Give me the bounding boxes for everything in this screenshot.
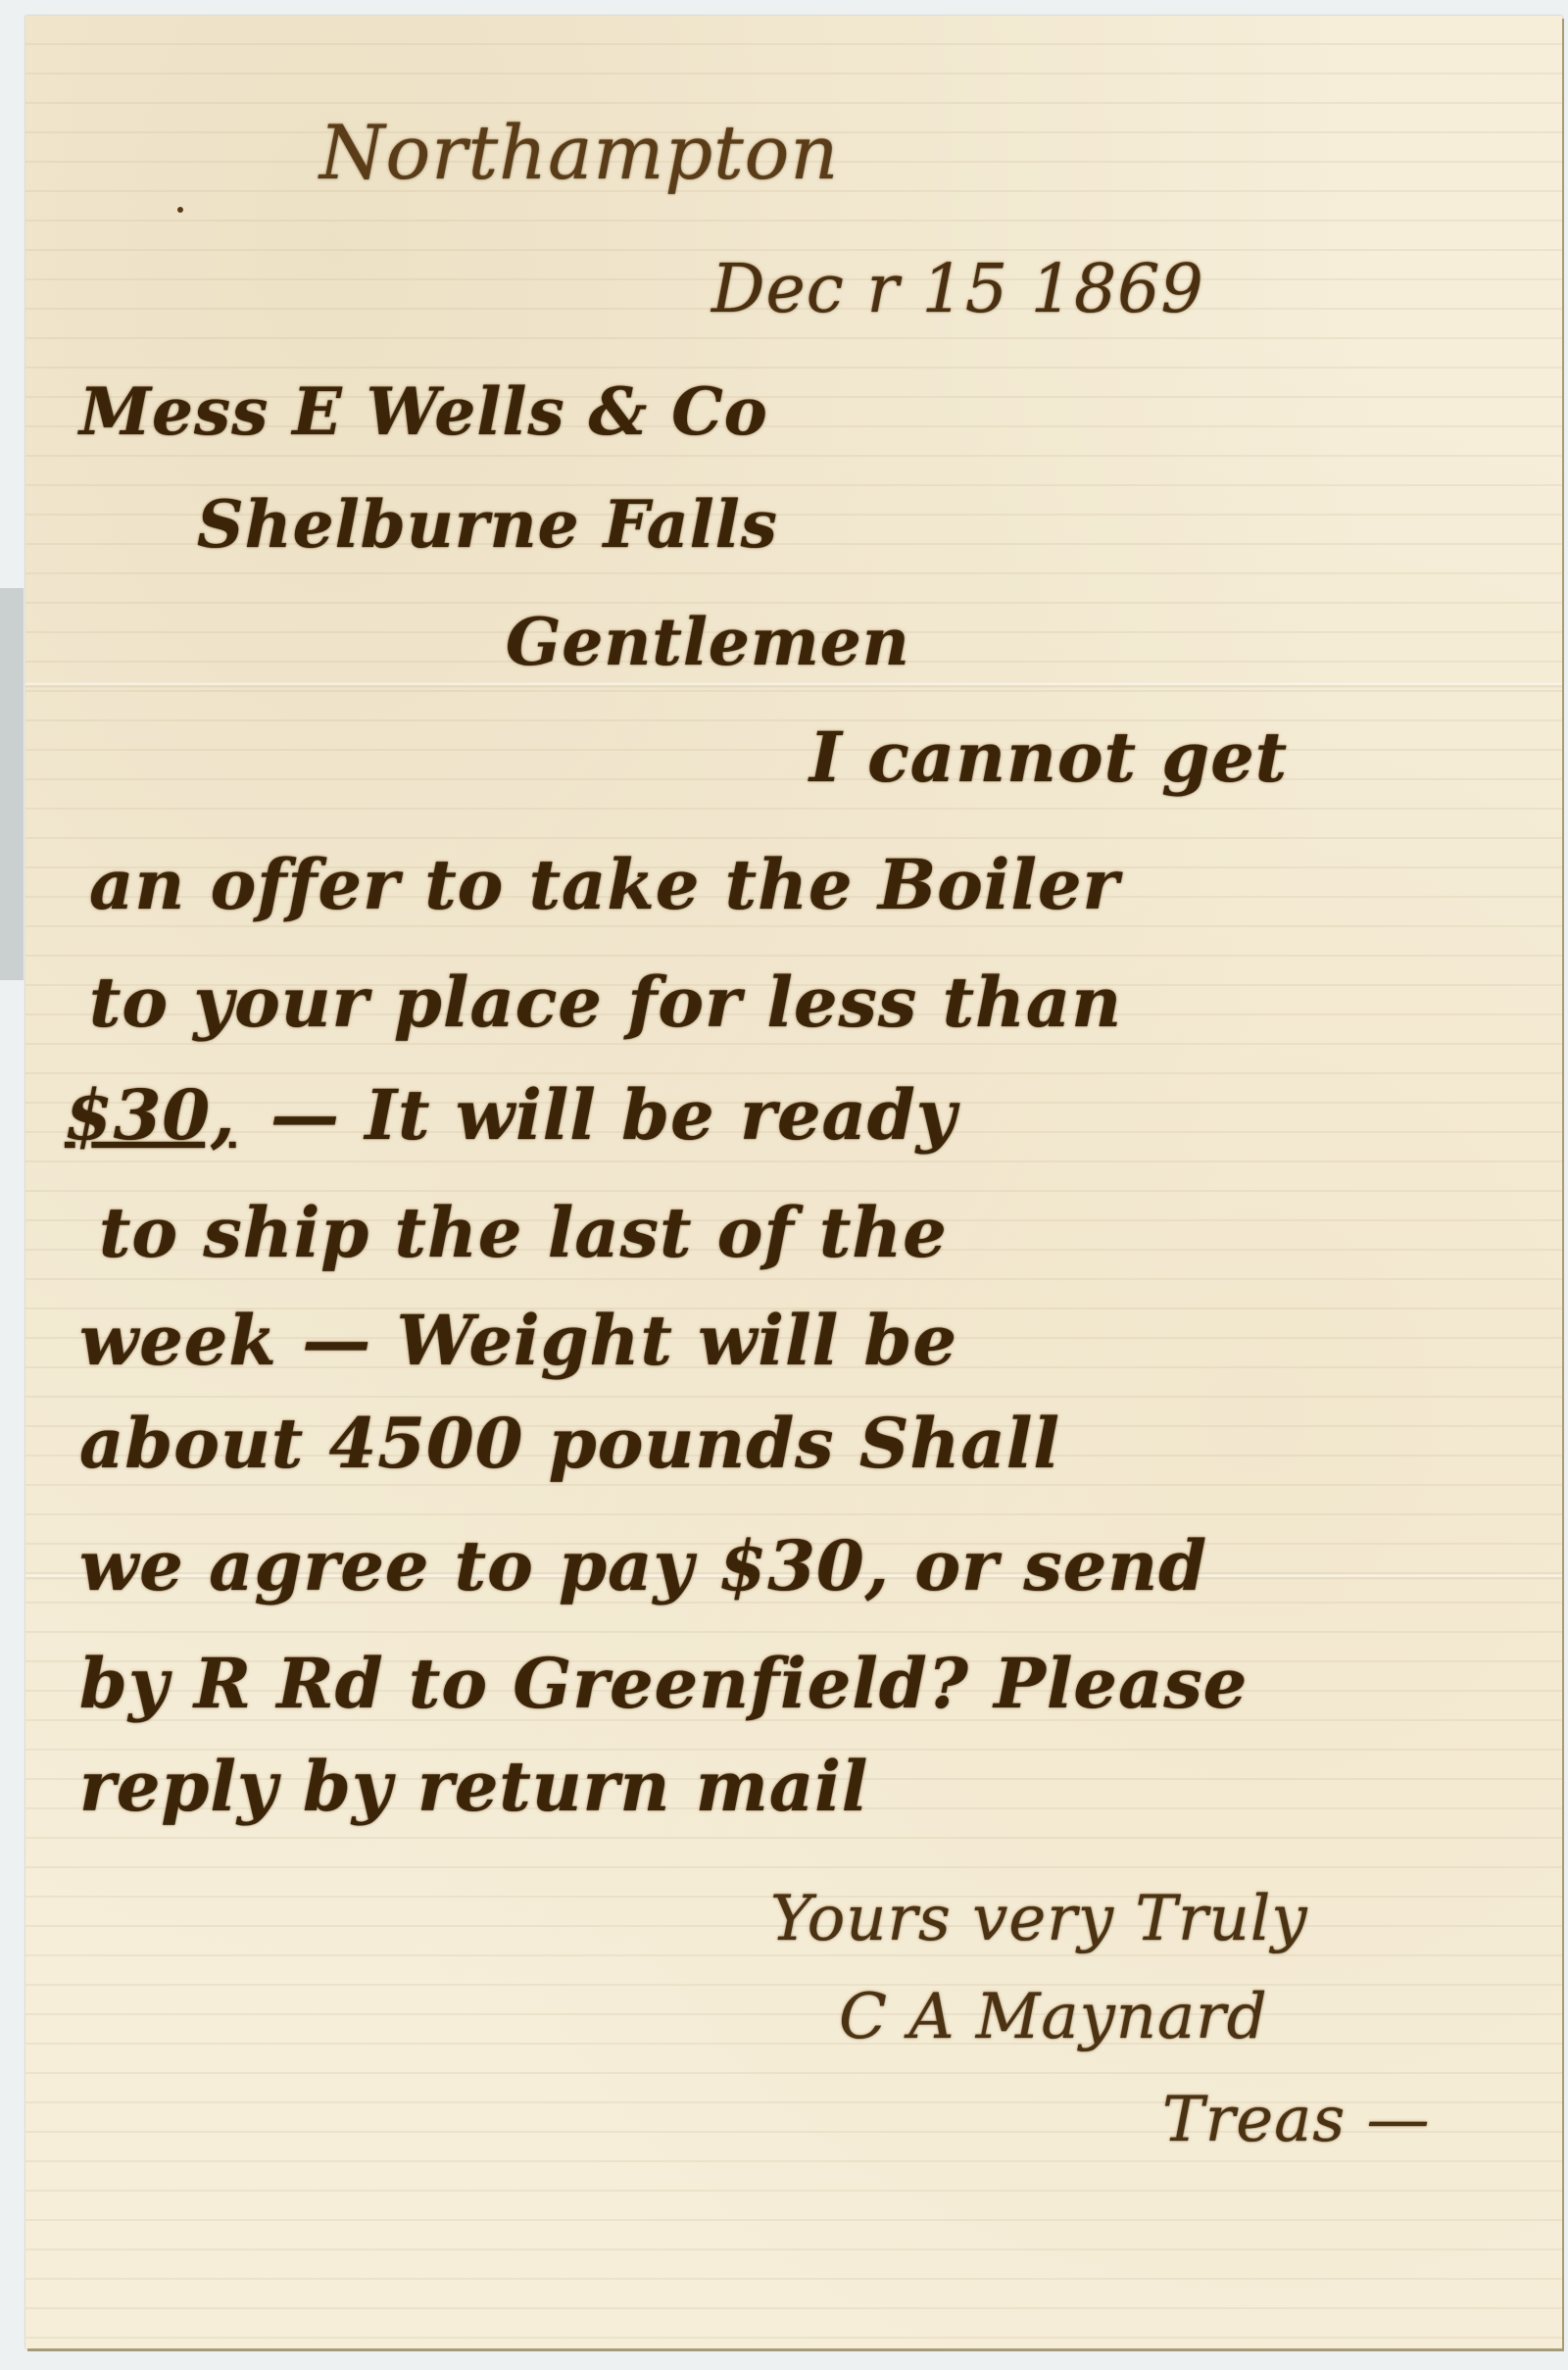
letter-page: Northampton Dec r 15 1869 Mess E Wells &… xyxy=(25,16,1562,2348)
signatory-title: Treas — xyxy=(1162,2084,1431,2156)
body-line-3: to your place for less than xyxy=(89,962,1122,1043)
body-line-6: week — Weight will be xyxy=(79,1300,957,1381)
signature: C A Maynard xyxy=(839,1981,1268,2053)
scanner-backdrop-strip xyxy=(0,588,24,980)
body-line-7: about 4500 pounds Shall xyxy=(79,1403,1060,1484)
ink-blot xyxy=(177,207,183,213)
letter-date: Dec r 15 1869 xyxy=(711,251,1204,328)
body-line-1: I cannot get xyxy=(809,716,1288,798)
margin-amount: $30, xyxy=(65,1074,236,1156)
valediction: Yours very Truly xyxy=(770,1883,1307,1955)
body-line-10: reply by return mail xyxy=(79,1746,868,1827)
recipient-location: Shelburne Falls xyxy=(197,486,778,563)
letter-place: Northampton xyxy=(319,109,839,196)
body-line-9: by R Rd to Greenfield? Please xyxy=(79,1643,1248,1724)
body-line-4: — It will be ready xyxy=(270,1074,956,1156)
paper-fold-crease xyxy=(25,682,1562,688)
body-line-8: we agree to pay $30, or send xyxy=(79,1525,1207,1606)
recipient-name: Mess E Wells & Co xyxy=(79,373,768,450)
salutation: Gentlemen xyxy=(506,604,910,680)
body-line-2: an offer to take the Boiler xyxy=(89,844,1119,925)
body-line-5: to ship the last of the xyxy=(99,1192,948,1273)
